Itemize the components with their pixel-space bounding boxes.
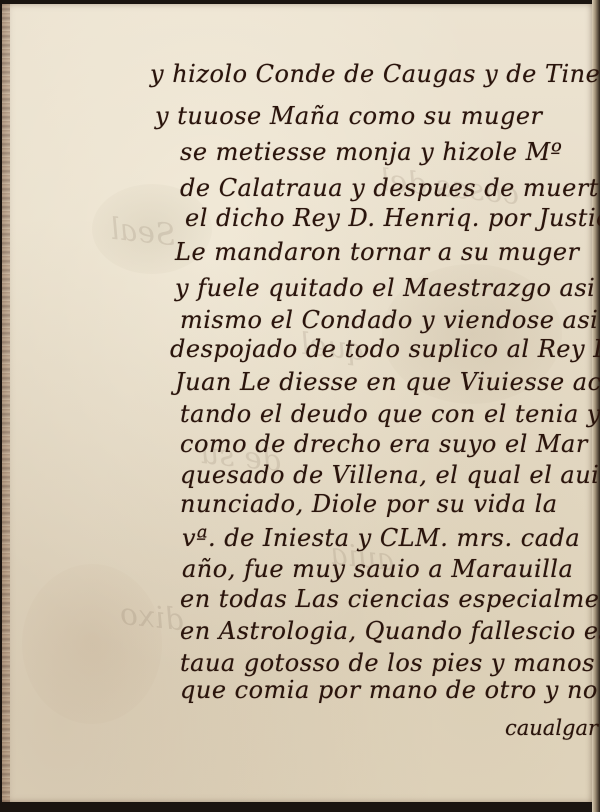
text-line: y tuuose Maña como su muger (155, 104, 543, 128)
text-line: quesado de Villena, el qual el auia (180, 463, 600, 487)
text-line: y hizolo Conde de Caugas y de Tineo (150, 62, 600, 86)
text-line: Juan Le diesse en que Viuiesse aca (175, 370, 600, 394)
text-line: nunciado, Diole por su vida la (180, 492, 558, 516)
handwritten-text: y hizolo Conde de Caugas y de Tineo y tu… (0, 0, 600, 812)
text-line: taua gotosso de los pies y manos tanto (180, 651, 600, 675)
text-line: en Astrologia, Quando fallescio es (180, 619, 600, 643)
catchword: caualgar (505, 718, 598, 739)
text-line: despojado de todo suplico al Rey D. (170, 337, 600, 361)
text-line: de Calatraua y despues de muerto (180, 176, 600, 200)
text-line: que comia por mano de otro y no podia (180, 678, 600, 702)
manuscript-scan: Seal cosas del quel de su auia dixo y hi… (0, 0, 600, 812)
text-line: vª. de Iniesta y CLM. mrs. cada (182, 526, 580, 550)
text-line: el dicho Rey D. Henriq. por Justicia (185, 206, 600, 230)
text-line: como de drecho era suyo el Mar (180, 432, 588, 456)
text-line: año, fue muy sauio a Marauilla (182, 557, 573, 581)
text-line: se metiesse monja y hizole Mº (180, 140, 562, 164)
text-line: Le mandaron tornar a su muger (175, 240, 580, 264)
text-line: y fuele quitado el Maestrazgo asi (175, 276, 595, 300)
text-line: mismo el Condado y viendose asi (180, 308, 598, 332)
text-line: en todas Las ciencias especialmente (180, 587, 600, 611)
text-line: tando el deudo que con el tenia y (180, 402, 600, 426)
